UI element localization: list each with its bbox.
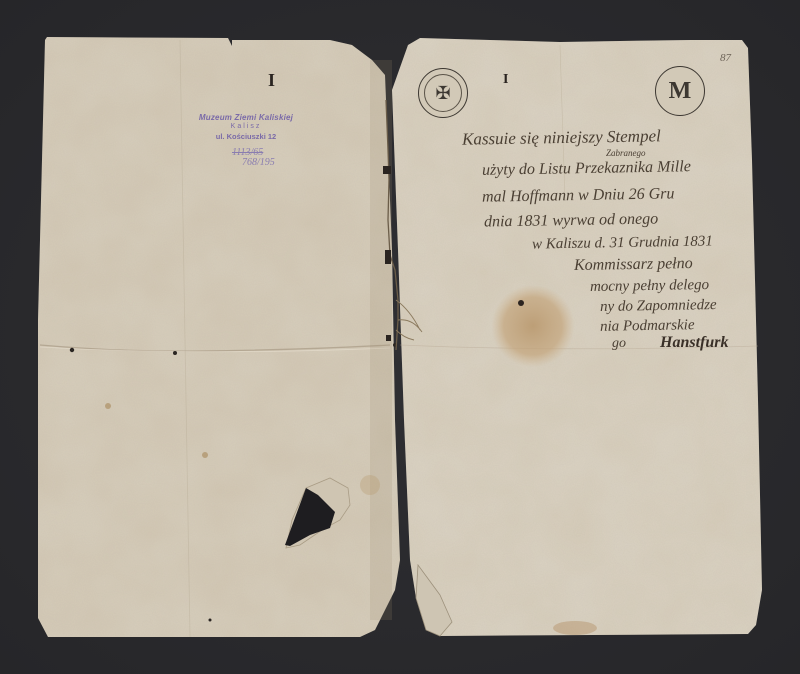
- handwriting-line-2: użyty do Listu Przekaznika Mille: [482, 158, 691, 180]
- handwriting-interlinear: Zabranego: [606, 148, 646, 158]
- handwriting-line-4: dnia 1831 wyrwa od onego: [484, 210, 659, 231]
- eagle-icon: ✠: [435, 83, 450, 104]
- left-pencil-mark: I: [268, 70, 275, 91]
- handwriting-line-6: Kommissarz pełno: [574, 255, 693, 275]
- handwriting-line-10: go: [612, 336, 626, 352]
- imperial-eagle-stamp-seal: ✠: [418, 68, 468, 118]
- handwriting-line-3: mal Hoffmann w Dniu 26 Gru: [482, 185, 675, 206]
- stamp-address: ul. Kościuszki 12: [196, 132, 296, 141]
- folio-number: 87: [720, 52, 731, 64]
- stamp-city: Kalisz: [196, 123, 296, 132]
- inventory-number: 768/195: [242, 157, 275, 168]
- handwriting-line-5: w Kaliszu d. 31 Grudnia 1831: [532, 233, 713, 253]
- stamp-museum-name: Muzeum Ziemi Kaliskiej: [196, 113, 296, 123]
- crowned-monogram-seal: M: [655, 66, 705, 116]
- monogram-icon: M: [669, 78, 692, 105]
- museum-stamp: Muzeum Ziemi Kaliskiej Kalisz ul. Kościu…: [196, 113, 296, 141]
- signature: Hanstfurk: [660, 334, 728, 352]
- handwriting-line-8: ny do Zapomniedze: [600, 297, 717, 316]
- handwriting-line-1: Kassuie się niniejszy Stempel: [462, 126, 661, 149]
- right-pencil-mark: I: [503, 72, 508, 88]
- handwriting-line-7: mocny pełny delego: [590, 277, 709, 296]
